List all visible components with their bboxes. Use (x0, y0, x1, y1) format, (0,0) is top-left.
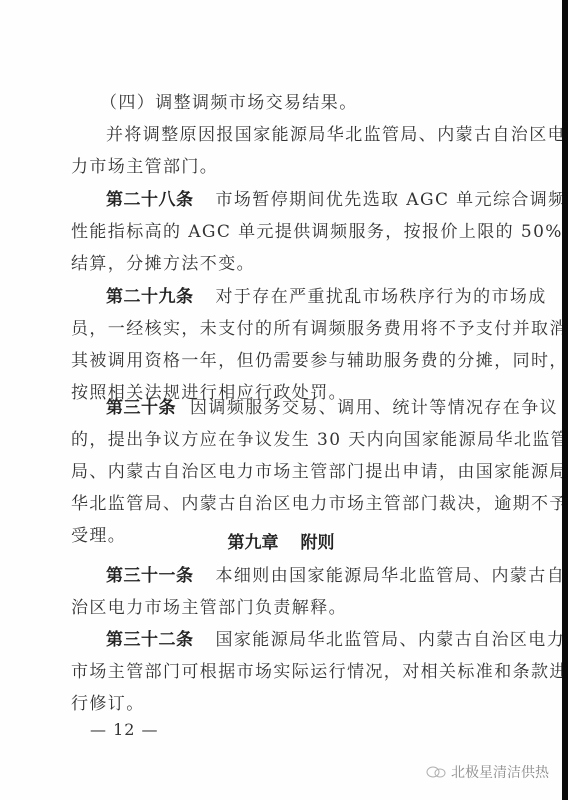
page-edge (562, 0, 568, 800)
document-page: （四）调整调频市场交易结果。 并将调整原因报国家能源局华北监管局、内蒙古自治区电… (0, 0, 562, 800)
watermark: 北极星清洁供热 (425, 762, 549, 782)
watermark-text: 北极星清洁供热 (451, 762, 549, 782)
paragraph-line: 行修订。 (71, 693, 145, 715)
paragraph-line: 治区电力市场主管部门负责解释。 (71, 597, 347, 619)
chapter-heading: 第九章附则 (0, 532, 562, 554)
paragraph-line: 性能指标高的 AGC 单元提供调频服务，按报价上限的 50%进行 (71, 221, 568, 243)
article-31-label: 第三十一条 (106, 566, 194, 586)
paragraph-line: 员，一经核实，未支付的所有调频服务费用将不予支付并取消 (71, 318, 568, 340)
wechat-icon (425, 765, 447, 779)
article-31-first-line: 第三十一条本细则由国家能源局华北监管局、内蒙古自 (106, 565, 565, 587)
page-number: — 12 — (90, 720, 159, 739)
paragraph-line: 力市场主管部门。 (71, 156, 218, 178)
paragraph-line: 结算，分摊方法不变。 (71, 253, 255, 275)
paragraph-line: 的，提出争议方应在争议发生 30 天内向国家能源局华北监管 (71, 429, 568, 451)
article-28-label: 第二十八条 (106, 190, 194, 210)
article-29-label: 第二十九条 (106, 287, 194, 307)
article-29-first-line: 第二十九条对于存在严重扰乱市场秩序行为的市场成 (106, 286, 547, 308)
article-30-first-line: 第三十条因调频服务交易、调用、统计等情况存在争议 (106, 397, 558, 419)
paragraph-line: 市场主管部门可根据市场实际运行情况，对相关标准和条款进 (71, 661, 568, 683)
article-32-first-line: 第三十二条国家能源局华北监管局、内蒙古自治区电力 (106, 629, 565, 651)
article-28-first-line: 第二十八条市场暂停期间优先选取 AGC 单元综合调频 (106, 189, 567, 211)
article-32-label: 第三十二条 (106, 630, 194, 650)
paragraph-line: 其被调用资格一年，但仍需要参与辅助服务费的分摊，同时， (71, 350, 568, 372)
article-30-label: 第三十条 (106, 398, 176, 418)
paragraph-line: 局、内蒙古自治区电力市场主管部门提出申请，由国家能源局 (71, 461, 568, 483)
paragraph-line: 并将调整原因报国家能源局华北监管局、内蒙古自治区电 (106, 124, 566, 146)
clause-item-4: （四）调整调频市场交易结果。 (100, 92, 358, 114)
paragraph-line: 华北监管局、内蒙古自治区电力市场主管部门裁决，逾期不予 (71, 493, 568, 515)
